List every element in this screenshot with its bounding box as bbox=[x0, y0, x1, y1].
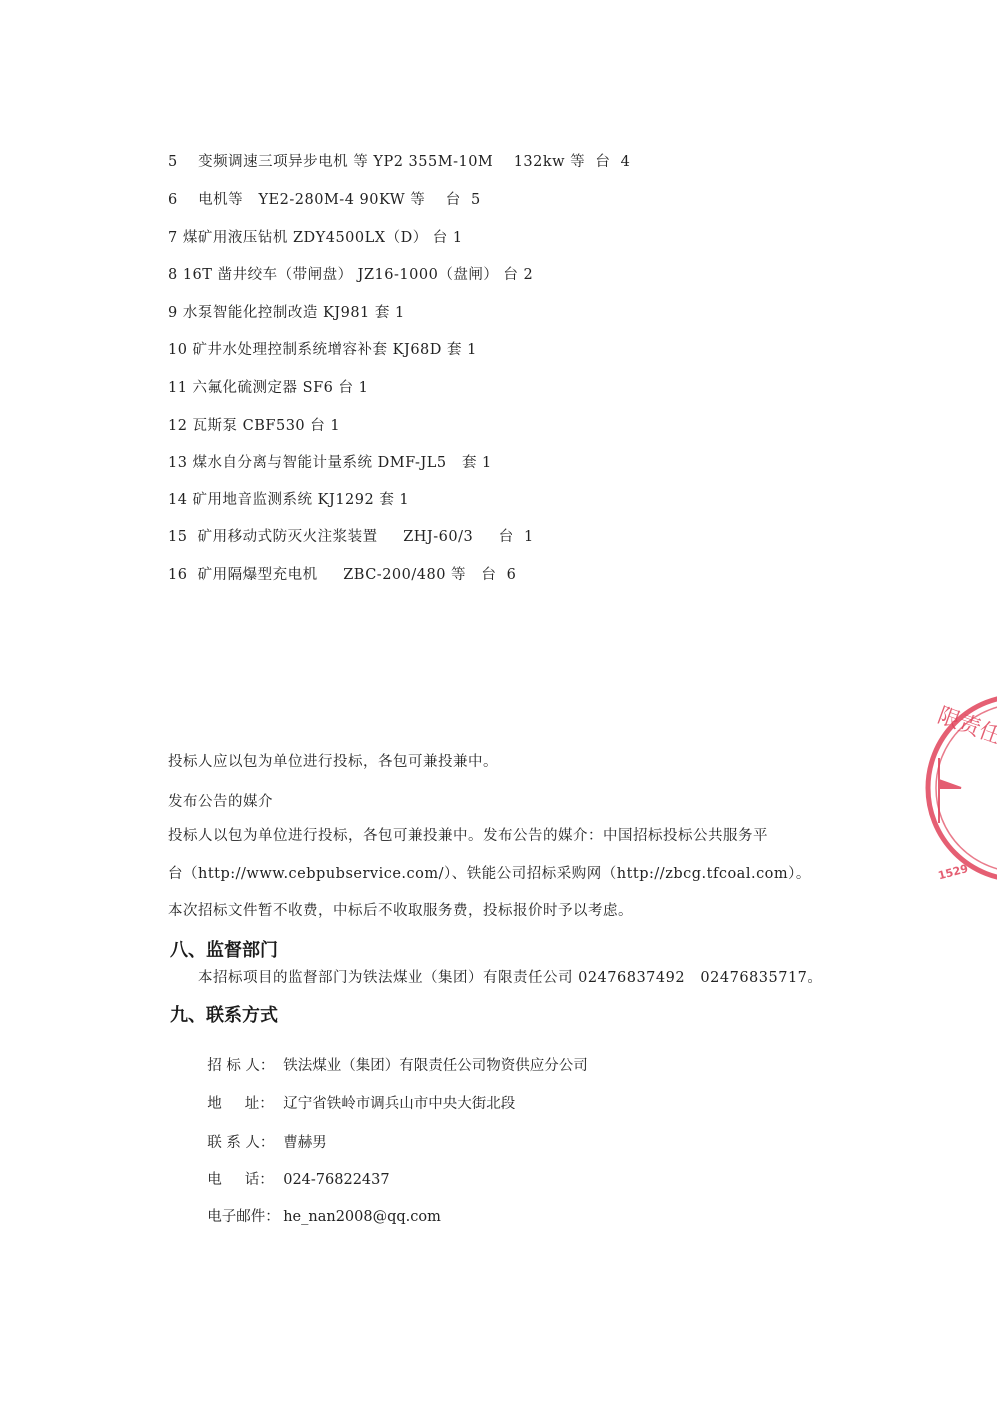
section-9-title: 九、联系方式 bbox=[170, 1001, 278, 1027]
contact-label: 电子邮件： bbox=[207, 1205, 283, 1226]
list-item: 15 矿用移动式防灭火注浆装置 ZHJ-60/3 台 1 bbox=[168, 525, 534, 546]
contact-label: 地 址： bbox=[207, 1092, 283, 1113]
contact-value: 铁法煤业（集团）有限责任公司物资供应分公司 bbox=[283, 1058, 588, 1074]
list-item: 5 变频调速三项异步电机 等 YP2 355M-10M 132kw 等 台 4 bbox=[168, 150, 630, 171]
section-8-body: 本招标项目的监督部门为铁法煤业（集团）有限责任公司 02476837492 02… bbox=[198, 966, 822, 987]
contact-value: 024-76822437 bbox=[283, 1172, 389, 1188]
paragraph-fee: 本次招标文件暂不收费，中标后不收取服务费，投标报价时予以考虑。 bbox=[168, 899, 633, 920]
contact-label: 招 标 人： bbox=[207, 1054, 283, 1075]
section-8-title: 八、监督部门 bbox=[170, 936, 278, 962]
contact-row-address: 地 址：辽宁省铁岭市调兵山市中央大街北段 bbox=[198, 1076, 515, 1113]
contact-value: he_nan2008@qq.com bbox=[283, 1209, 441, 1225]
list-item: 6 电机等 YE2-280M-4 90KW 等 台 5 bbox=[168, 188, 481, 209]
list-item: 9 水泵智能化控制改造 KJ981 套 1 bbox=[168, 301, 405, 322]
contact-row-phone: 电 话：024-76822437 bbox=[198, 1152, 390, 1189]
contact-row-tenderer: 招 标 人：铁法煤业（集团）有限责任公司物资供应分公司 bbox=[198, 1038, 588, 1075]
contact-label: 电 话： bbox=[207, 1168, 283, 1189]
list-item: 8 16T 凿井绞车（带闸盘） JZ16-1000（盘闸） 台 2 bbox=[168, 263, 533, 284]
seal-icon: 限责任公 1529 bbox=[925, 688, 997, 888]
paragraph-package-bidding: 投标人应以包为单位进行投标，各包可兼投兼中。 bbox=[168, 750, 498, 771]
list-item: 13 煤水自分离与智能计量系统 DMF-JL5 套 1 bbox=[168, 451, 492, 472]
list-item: 10 矿井水处理控制系统增容补套 KJ68D 套 1 bbox=[168, 338, 477, 359]
list-item: 12 瓦斯泵 CBF530 台 1 bbox=[168, 414, 340, 435]
contact-row-email: 电子邮件：he_nan2008@qq.com bbox=[198, 1189, 441, 1226]
paragraph-media-line1: 投标人以包为单位进行投标，各包可兼投兼中。发布公告的媒介：中国招标投标公共服务平 bbox=[168, 824, 768, 845]
paragraph-media-title: 发布公告的媒介 bbox=[168, 790, 273, 811]
list-item: 14 矿用地音监测系统 KJ1292 套 1 bbox=[168, 488, 409, 509]
list-item: 16 矿用隔爆型充电机 ZBC-200/480 等 台 6 bbox=[168, 563, 516, 584]
company-seal: 限责任公 1529 bbox=[925, 688, 997, 888]
contact-label: 联 系 人： bbox=[207, 1131, 283, 1152]
list-item: 11 六氟化硫测定器 SF6 台 1 bbox=[168, 376, 368, 397]
contact-value: 辽宁省铁岭市调兵山市中央大街北段 bbox=[283, 1096, 515, 1112]
contact-value: 曹赫男 bbox=[283, 1135, 327, 1151]
list-item: 7 煤矿用液压钻机 ZDY4500LX（D） 台 1 bbox=[168, 226, 463, 247]
paragraph-media-line2: 台（http://www.cebpubservice.com/）、铁能公司招标采… bbox=[168, 862, 811, 883]
seal-number: 1529 bbox=[937, 862, 970, 882]
svg-text:限责任公: 限责任公 bbox=[934, 703, 997, 757]
contact-row-person: 联 系 人：曹赫男 bbox=[198, 1115, 327, 1152]
